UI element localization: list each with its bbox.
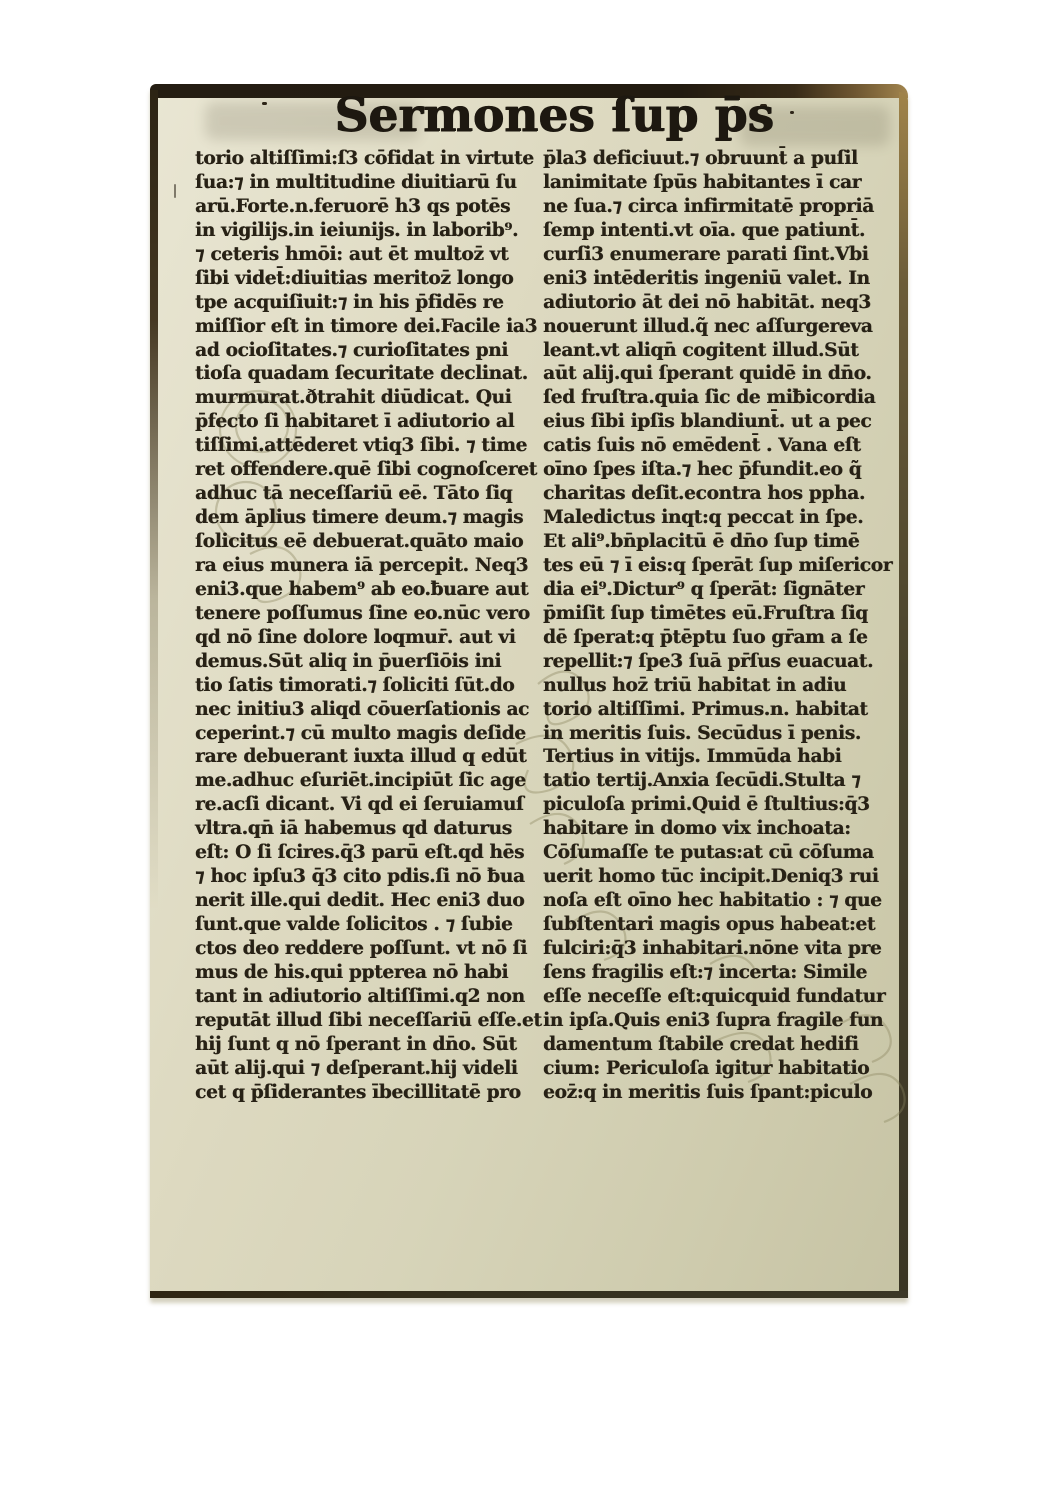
- text-line: oīno ſpes iſta.⁊ hec p̄fundit.eo q̃: [543, 458, 899, 482]
- text-line: ceperint.⁊ cū multo magis deſide: [195, 722, 537, 746]
- text-line: p̄la3 deficiuut.⁊ obruunt̄ a puſil: [543, 147, 899, 171]
- text-column-left: torio altiſſimi:ſ3 cōfidat in virtuteſua…: [195, 147, 537, 1105]
- text-line: aūt alij.qui ⁊ deſperant.hij videli: [195, 1057, 537, 1081]
- text-line: nullus hoz̄ triū habitat in adiu: [543, 674, 899, 698]
- text-line: ſibi videt̄:diuitias meritoz̄ longo: [195, 267, 537, 291]
- text-line: nec initiu3 aliqd cōuerſationis ac: [195, 698, 537, 722]
- text-line: catis ſuis nō emēdent̄ . Vana eſt: [543, 434, 899, 458]
- text-line: adiutorio āt dei nō habitāt. neq3: [543, 291, 899, 315]
- text-line: eſſe neceſſe eſt:quicquid fundatur: [543, 985, 899, 1009]
- text-line: ſemp intenti.vt oīa. que patiunt̄.: [543, 219, 899, 243]
- scanned-book-page: Sermones ſup p̄s torio altiſſimi:ſ3 cōfi…: [150, 84, 908, 1298]
- text-line: nouerunt illud.q̃ nec aſſurgereva: [543, 315, 899, 339]
- text-line: tatio tertij.Anxia ſecūdi.Stulta ⁊: [543, 769, 899, 793]
- text-line: torio altiſſimi:ſ3 cōfidat in virtute: [195, 147, 537, 171]
- text-line: eoz̄:q in meritis ſuis ſpant:piculo: [543, 1081, 899, 1105]
- text-line: me.adhuc eſuriēt.incipiūt ſic age: [195, 769, 537, 793]
- text-line: leant.vt aliqn̄ cogitent illud.Sūt: [543, 339, 899, 363]
- text-column-right: p̄la3 deficiuut.⁊ obruunt̄ a puſillanimi…: [543, 147, 899, 1105]
- text-line: miſſior eſt in timore dei.Facile ia3: [195, 315, 537, 339]
- text-line: tes eū ⁊ ī eis:q ſperāt ſup miſericor: [543, 554, 899, 578]
- text-line: qd nō ſine dolore loqmur̄. aut vi: [195, 626, 537, 650]
- text-line: Tertius in vitijs. Immūda habi: [543, 745, 899, 769]
- text-line: eius ſibi ipſis blandiunt̄. ut a pec: [543, 410, 899, 434]
- text-line: re.acſi dicant. Vi qd ei ſeruiamuſ: [195, 793, 537, 817]
- text-line: dē ſperat:q p̄tēptu ſuo gr̄am a ſe: [543, 626, 899, 650]
- text-line: dia ei⁹.Dictur⁹ q ſperāt: ſignāter: [543, 578, 899, 602]
- text-line: in vigilijs.in ieiunijs. in laborib⁹.: [195, 219, 537, 243]
- text-line: torio altiſſimi. Primus.n. habitat: [543, 698, 899, 722]
- text-line: habitare in domo vix inchoata:: [543, 817, 899, 841]
- text-line: charitas deſit.econtra hos ppha.: [543, 482, 899, 506]
- text-line: murmurat.ðtrahit diūdicat. Qui: [195, 386, 537, 410]
- text-line: nerit ille.qui dedit. Hec eni3 duo: [195, 889, 537, 913]
- screenshot-root: { "document": { "kind": "incunabulum-sca…: [0, 0, 1060, 1500]
- text-line: ⁊ hoc ipſu3 q̄3 cito pdis.ſi nō ƀua: [195, 865, 537, 889]
- text-line: adhuc tā neceſſariū eē. Tāto ſiq: [195, 482, 537, 506]
- text-line: in ipſa.Quis eni3 ſupra fragile fun: [543, 1009, 899, 1033]
- text-line: hij ſunt q nō ſperant in dn̄o. Sūt: [195, 1033, 537, 1057]
- text-line: Et ali⁹.bn̄placitū ē dn̄o ſup timē: [543, 530, 899, 554]
- text-line: Cōſumaſſe te putas:at cū cōſuma: [543, 841, 899, 865]
- text-line: repellit:⁊ ſpe3 ſuā pr̄ſus euacuat.: [543, 650, 899, 674]
- text-line: fulciri:q̄3 inhabitari.nōne vita pre: [543, 937, 899, 961]
- text-line: Maledictus inqt:q peccat in ſpe.: [543, 506, 899, 530]
- text-line: mus de his.qui ppterea nō habi: [195, 961, 537, 985]
- text-line: tenere poſſumus ſine eo.nūc vero: [195, 602, 537, 626]
- text-line: piculoſa primi.Quid ē ſtultius:q̄3: [543, 793, 899, 817]
- text-line: eni3 intēderitis ingeniū valet. In: [543, 267, 899, 291]
- text-line: tioſa quadam ſecuritate declinat.: [195, 362, 537, 386]
- text-line: ad ocioſitates.⁊ curioſitates pni: [195, 339, 537, 363]
- text-line: tant in adiutorio altiſſimi.q2 non: [195, 985, 537, 1009]
- text-line: uerit homo tūc incipit.Deniq3 rui: [543, 865, 899, 889]
- text-line: tiſſimi.attēderet vtiq3 ſibi. ⁊ time: [195, 434, 537, 458]
- text-line: eni3.que habem⁹ ab eo.ƀuare aut: [195, 578, 537, 602]
- text-line: ſens fragilis eſt:⁊ incerta: Simile: [543, 961, 899, 985]
- text-line: cet q p̄ſiderantes ībecillitatē pro: [195, 1081, 537, 1105]
- text-line: ſolicitus eē debuerat.quāto maio: [195, 530, 537, 554]
- text-line: in meritis ſuis. Secūdus ī penis.: [543, 722, 899, 746]
- text-line: tio ſatis timorati.⁊ ſoliciti ſūt.do: [195, 674, 537, 698]
- text-line: damentum ſtabile credat hedifi: [543, 1033, 899, 1057]
- text-line: vltra.qn̄ iā habemus qd daturus: [195, 817, 537, 841]
- text-line: ne ſua.⁊ circa infirmitatē propriā: [543, 195, 899, 219]
- text-line: ra eius munera iā percepit. Neq3: [195, 554, 537, 578]
- text-line: ctos deo reddere poſſunt. vt nō ſi: [195, 937, 537, 961]
- text-line: dem āplius timere deum.⁊ magis: [195, 506, 537, 530]
- text-line: ⁊ ceteris hmōi: aut ēt multoz̄ vt: [195, 243, 537, 267]
- text-line: arū.Forte.n.feruorē h3 qs potēs: [195, 195, 537, 219]
- text-line: tpe acquiſiuit:⁊ in his p̄fidēs re: [195, 291, 537, 315]
- text-line: noſa eſt oīno hec habitatio : ⁊ que: [543, 889, 899, 913]
- text-line: eſt: O ſi ſcires.q̄3 parū eſt.qd hēs: [195, 841, 537, 865]
- text-line: cium: Periculoſa igitur habitatio: [543, 1057, 899, 1081]
- text-line: p̄miſit ſup timētes eū.Fruſtra ſiq: [543, 602, 899, 626]
- text-line: p̄fecto ſi habitaret ī adiutorio al: [195, 410, 537, 434]
- text-line: lanimitate ſpūs habitantes ī car: [543, 171, 899, 195]
- text-line: aūt alij.qui ſperant quidē in dn̄o.: [543, 362, 899, 386]
- text-line: ſubſtentari magis opus habeat:et: [543, 913, 899, 937]
- text-line: rare debuerant iuxta illud q edūt: [195, 745, 537, 769]
- text-line: reputāt illud ſibi neceſſariū eſſe.et: [195, 1009, 537, 1033]
- text-line: ret offendere.quē ſibi cognoſceret: [195, 458, 537, 482]
- text-line: ſua:⁊ in multitudine diuitiarū ſu: [195, 171, 537, 195]
- text-line: ſunt.que valde ſolicitos . ⁊ ſubie: [195, 913, 537, 937]
- text-line: demus.Sūt aliq in p̄uerſiōis ini: [195, 650, 537, 674]
- text-line: ſed fruſtra.quia ſic de miƀicordia: [543, 386, 899, 410]
- text-line: curſi3 enumerare parati ſint.Vbi: [543, 243, 899, 267]
